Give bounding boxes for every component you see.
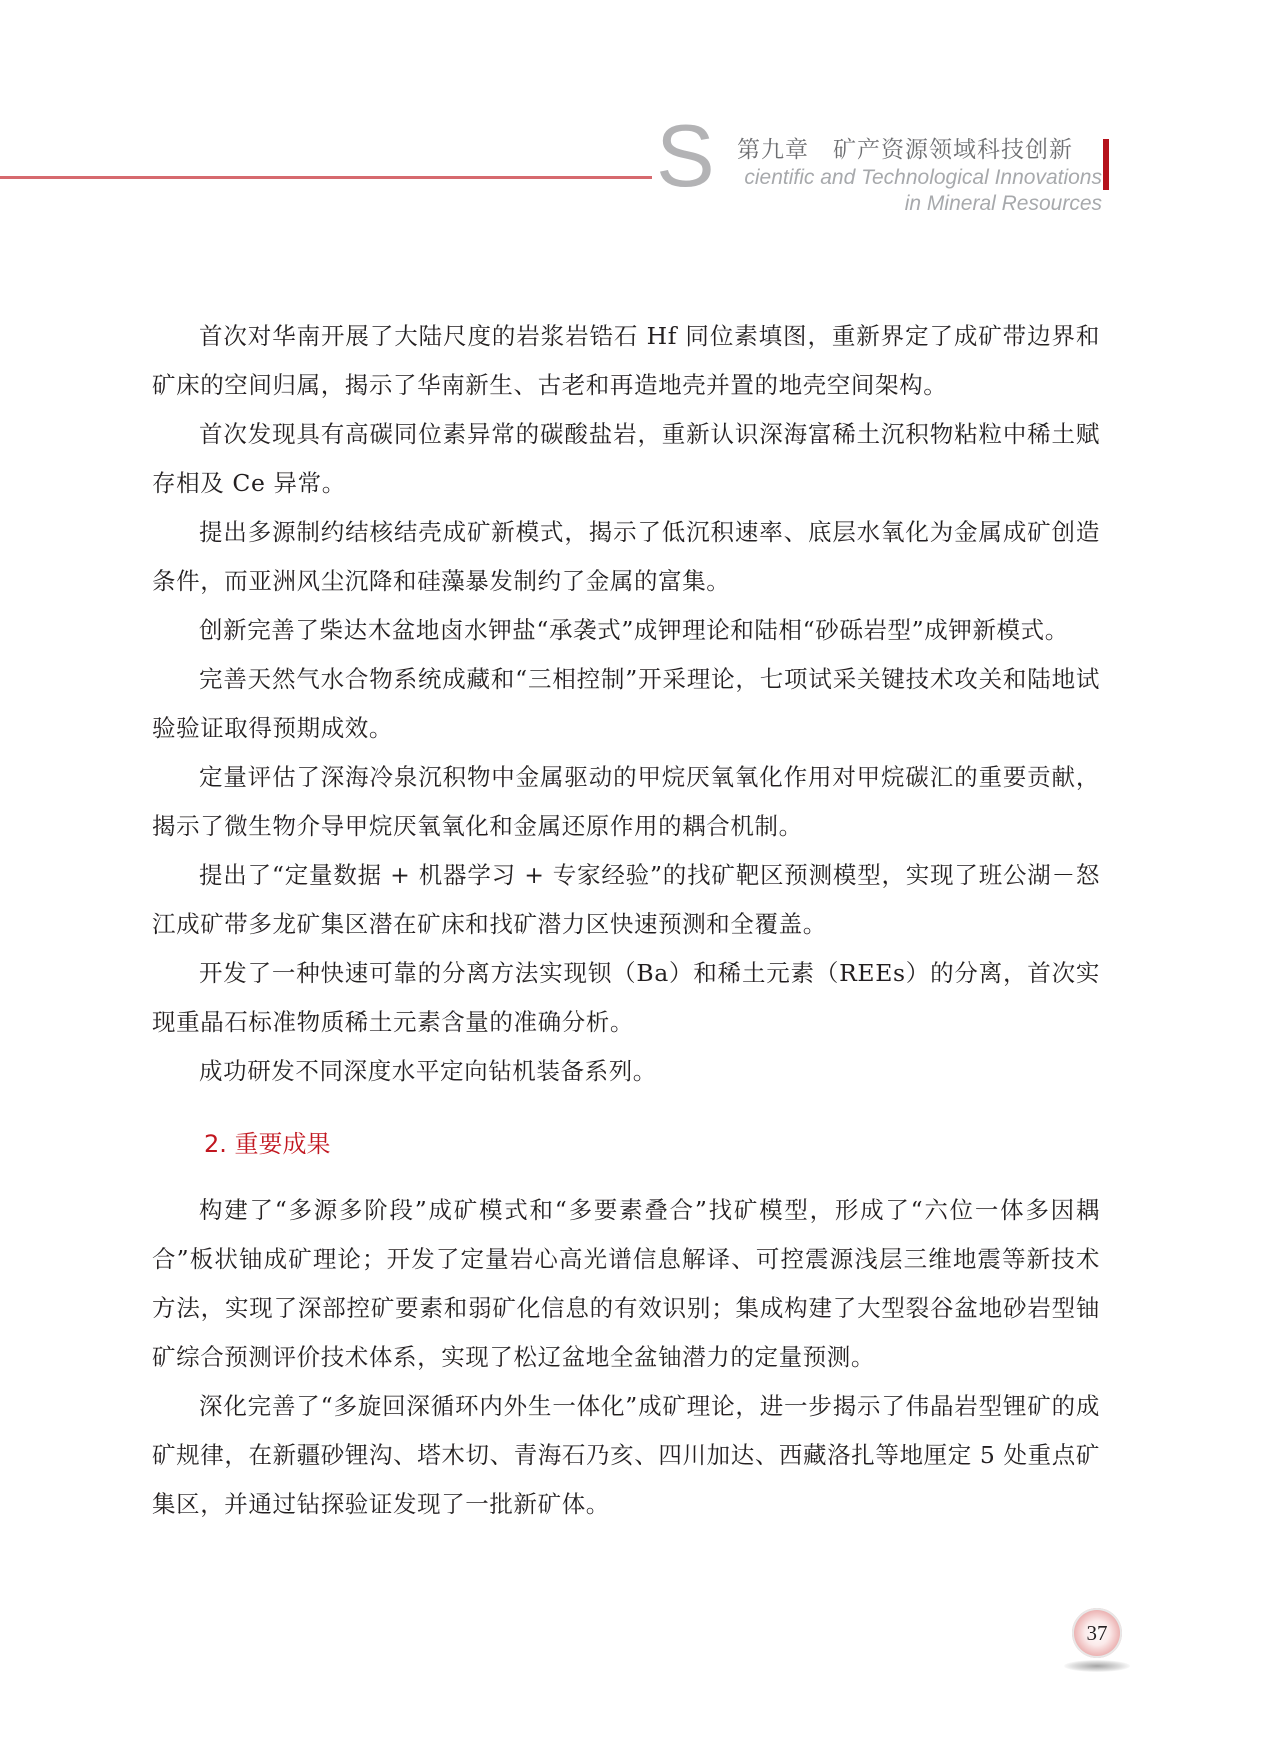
paragraph: 提出多源制约结核结壳成矿新模式，揭示了低沉积速率、底层水氧化为金属成矿创造条件，… <box>152 508 1100 606</box>
page-number: 37 <box>1072 1608 1122 1658</box>
paragraph: 开发了一种快速可靠的分离方法实现钡（Ba）和稀土元素（REEs）的分离，首次实现… <box>152 949 1100 1047</box>
chapter-subtitle-line2: in Mineral Resources <box>905 192 1102 216</box>
paragraph: 完善天然气水合物系统成藏和“三相控制”开采理论，七项试采关键技术攻关和陆地试验验… <box>152 655 1100 753</box>
paragraph: 构建了“多源多阶段”成矿模式和“多要素叠合”找矿模型，形成了“六位一体多因耦合”… <box>152 1186 1100 1382</box>
page-number-badge: 37 <box>1072 1608 1122 1658</box>
header-rule-line <box>0 176 652 179</box>
paragraph: 创新完善了柴达木盆地卤水钾盐“承袭式”成钾理论和陆相“砂砾岩型”成钾新模式。 <box>152 606 1100 655</box>
paragraph: 成功研发不同深度水平定向钻机装备系列。 <box>152 1047 1100 1096</box>
chapter-subtitle-line1: cientific and Technological Innovations <box>744 166 1102 190</box>
body-content: 首次对华南开展了大陆尺度的岩浆岩锆石 Hf 同位素填图，重新界定了成矿带边界和矿… <box>152 312 1100 1529</box>
paragraph: 首次发现具有高碳同位素异常的碳酸盐岩，重新认识深海富稀土沉积物粘粒中稀土赋存相及… <box>152 410 1100 508</box>
paragraph: 定量评估了深海冷泉沉积物中金属驱动的甲烷厌氧氧化作用对甲烷碳汇的重要贡献，揭示了… <box>152 753 1100 851</box>
page-badge-shadow <box>1064 1660 1130 1672</box>
section-heading: 2. 重要成果 <box>204 1124 1100 1164</box>
decorative-initial-letter: S <box>656 112 715 200</box>
paragraph: 首次对华南开展了大陆尺度的岩浆岩锆石 Hf 同位素填图，重新界定了成矿带边界和矿… <box>152 312 1100 410</box>
chapter-title: 第九章 矿产资源领域科技创新 <box>737 136 1073 164</box>
paragraph: 提出了“定量数据 + 机器学习 + 专家经验”的找矿靶区预测模型，实现了班公湖－… <box>152 851 1100 949</box>
paragraph: 深化完善了“多旋回深循环内外生一体化”成矿理论，进一步揭示了伟晶岩型锂矿的成矿规… <box>152 1382 1100 1529</box>
header-accent-bar <box>1103 139 1109 190</box>
